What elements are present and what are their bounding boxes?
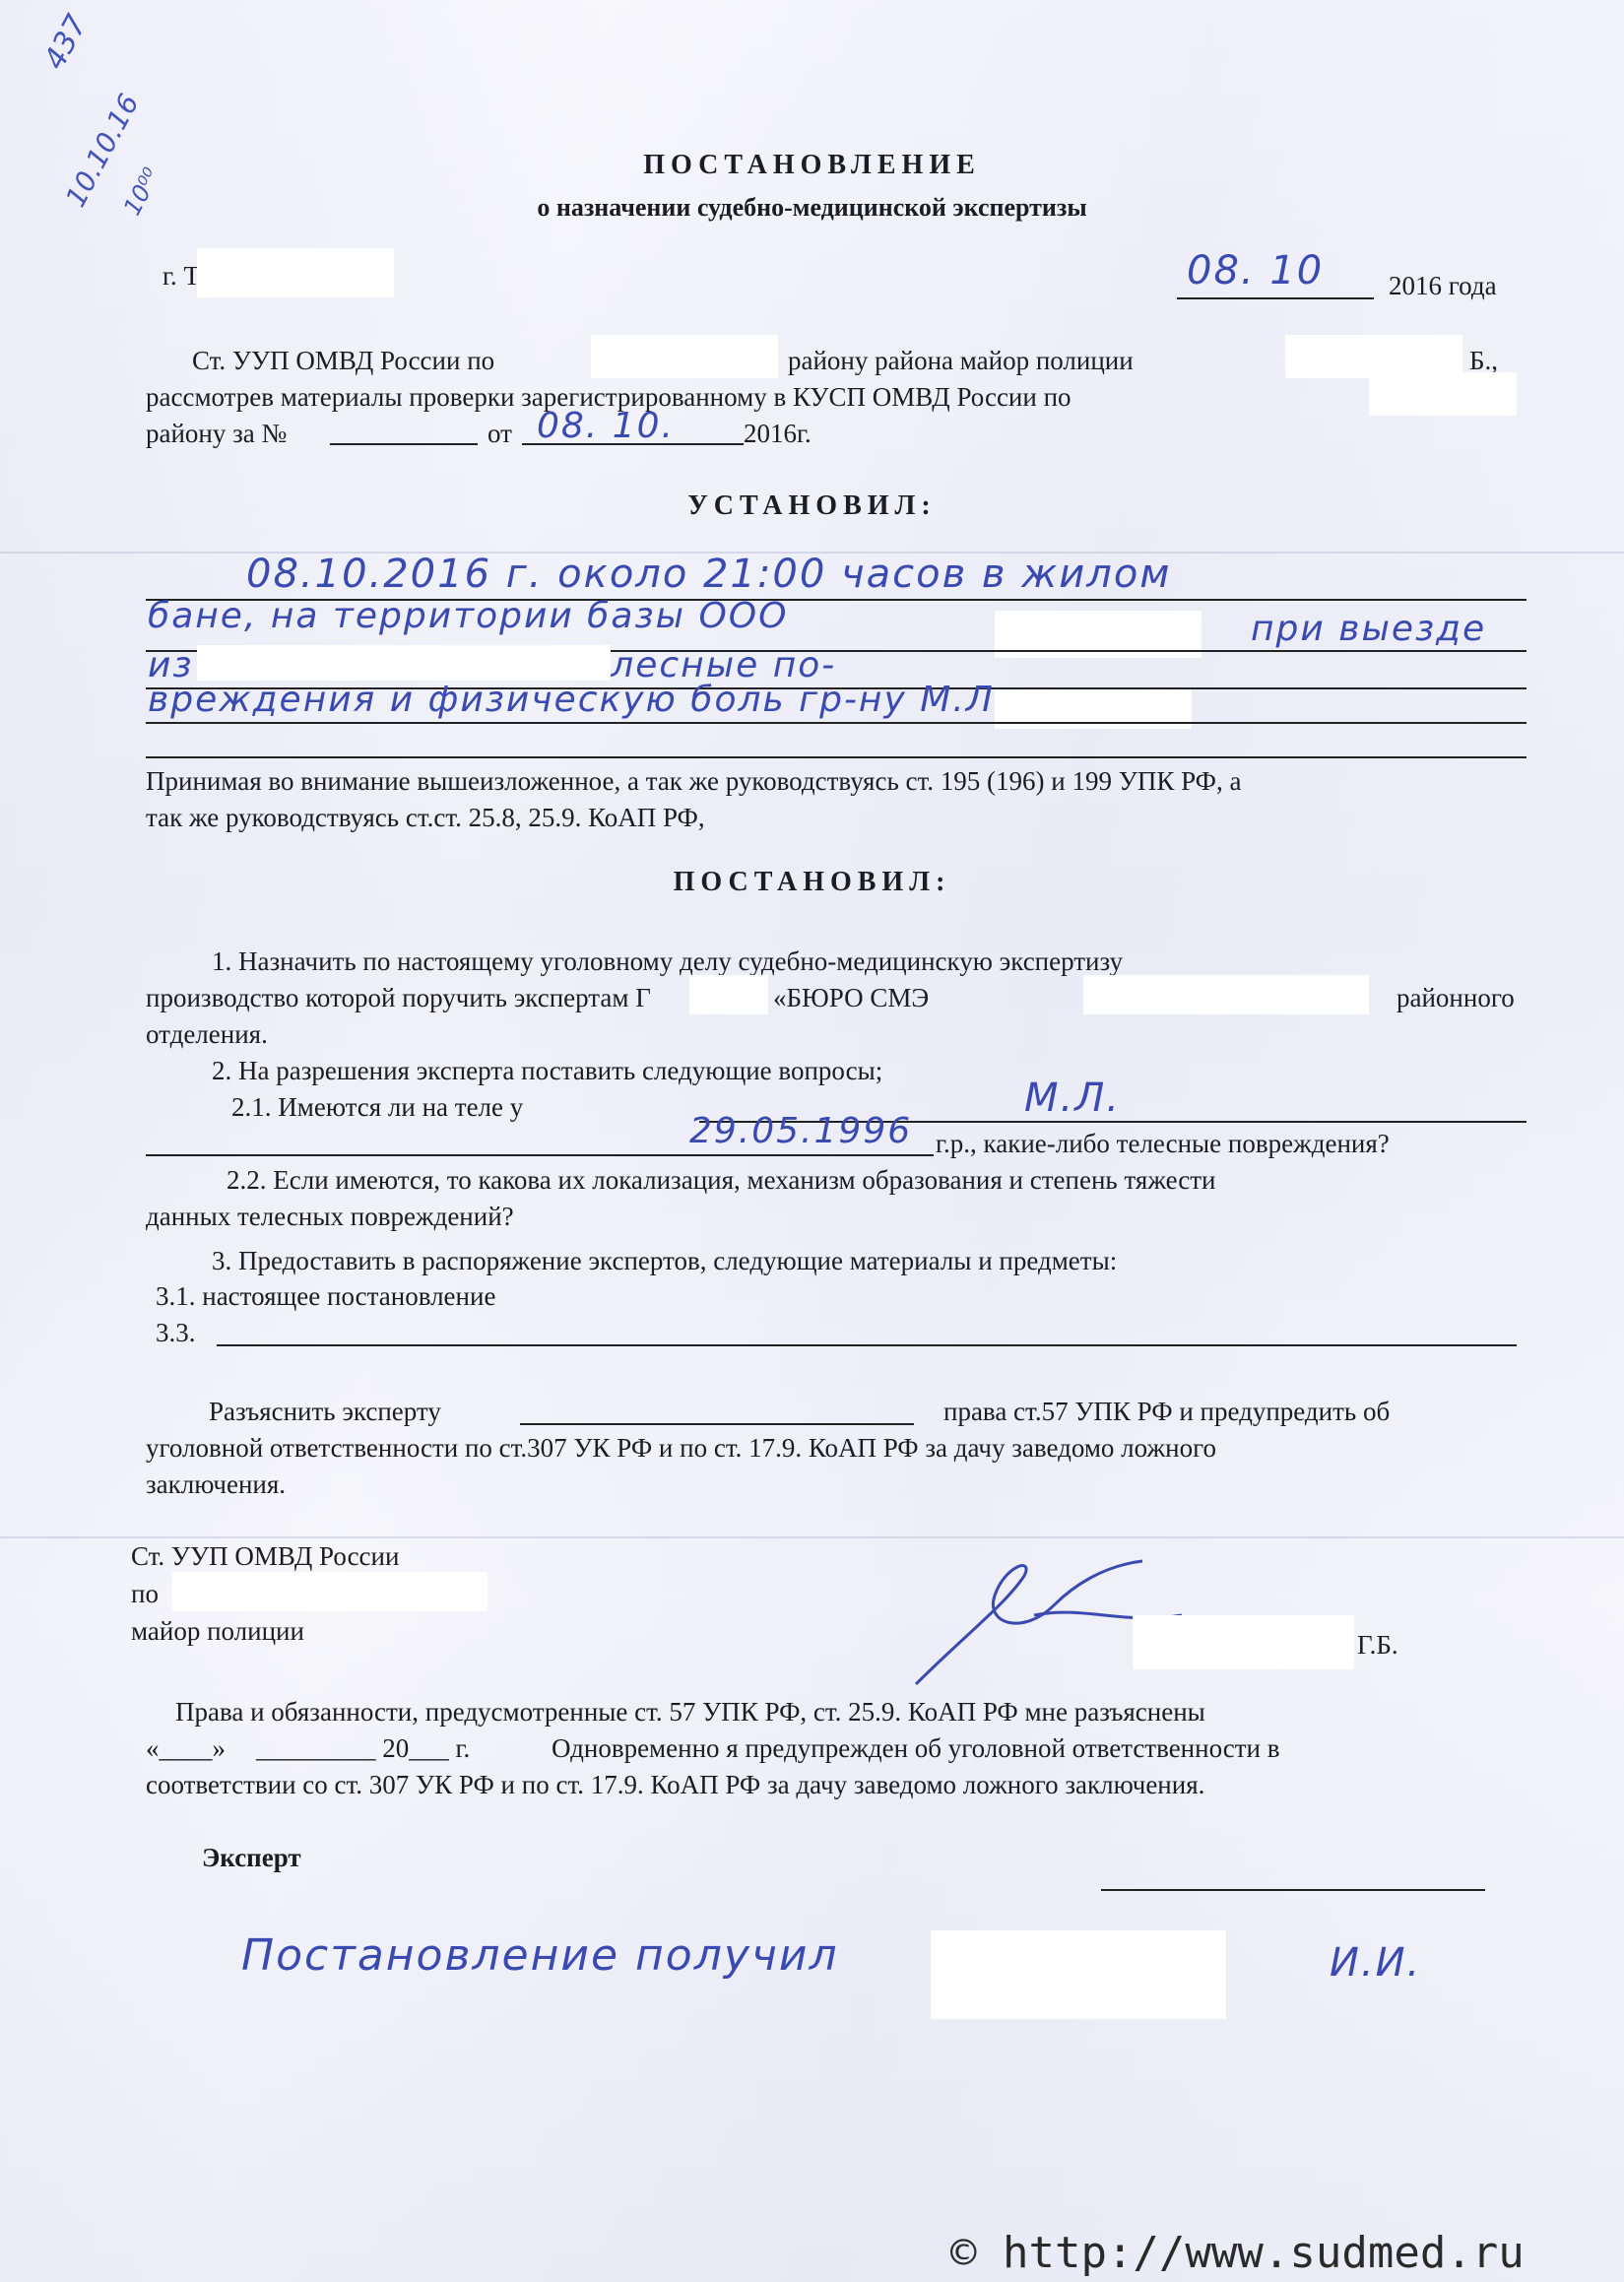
- redaction: [197, 248, 394, 297]
- handwritten-received-note: Постановление получил: [241, 1930, 839, 1981]
- intro-line1-b: району района майор полиции: [788, 343, 1134, 378]
- basis-line-1: Принимая во внимание вышеизложенное, а т…: [146, 763, 1241, 799]
- handwritten-dob: 29.05.1996: [689, 1111, 912, 1151]
- explain-line1-a: Разъяснить эксперту: [209, 1394, 441, 1429]
- established-heading: УСТАНОВИЛ:: [0, 490, 1624, 522]
- expert-label: Эксперт: [202, 1840, 301, 1875]
- handwritten-line-1: 08.10.2016 г. около 21:00 часов в жилом: [246, 552, 1171, 597]
- intro-line3-a: району за №: [146, 416, 287, 451]
- date-underline: [1177, 297, 1374, 299]
- writing-line: [217, 1344, 1517, 1346]
- item1-line2-a: производство которой поручить экспертам …: [146, 980, 651, 1015]
- item3-1: 3.1. настоящее постановление: [156, 1278, 495, 1314]
- handwritten-line-4: вреждения и физическую боль гр-ну М.Л.: [148, 680, 1007, 720]
- date-underline: [522, 443, 744, 445]
- intro-line3-b: от: [487, 416, 512, 451]
- city-label: г. Т: [162, 258, 200, 293]
- redaction: [1369, 372, 1517, 416]
- document-subtitle: о назначении судебно-медицинской эксперт…: [0, 193, 1624, 223]
- handwritten-registration-date: 08. 10.: [537, 406, 675, 446]
- intro-line1-a: Ст. УУП ОМВД России по: [192, 343, 494, 378]
- explain-line3: заключения.: [146, 1467, 286, 1502]
- signer-position-line1: Ст. УУП ОМВД России: [131, 1538, 399, 1574]
- rights-line2-c: Одновременно я предупрежден об уголовной…: [552, 1730, 1279, 1766]
- rights-line2-a: «____»: [146, 1730, 226, 1766]
- signer-position-line2: по: [131, 1576, 159, 1611]
- redaction: [591, 335, 778, 378]
- redaction: [1133, 1615, 1354, 1669]
- redaction: [689, 975, 768, 1014]
- item3: 3. Предоставить в распоряжение экспертов…: [212, 1243, 1117, 1278]
- item1-line1: 1. Назначить по настоящему уголовному де…: [212, 944, 1123, 979]
- registration-number-blank: [330, 443, 478, 445]
- item2-2-line2: данных телесных повреждений?: [146, 1199, 514, 1234]
- redaction: [1083, 975, 1369, 1014]
- writing-line: [146, 756, 1527, 758]
- document-title: ПОСТАНОВЛЕНИЕ: [0, 150, 1624, 181]
- handwritten-date: 08. 10: [1187, 248, 1324, 293]
- item2-2-line1: 2.2. Если имеются, то какова их локализа…: [227, 1162, 1216, 1198]
- item3-3: 3.3.: [156, 1315, 196, 1350]
- rights-line2-b: _________ 20___ г.: [256, 1730, 470, 1766]
- item2-1-label: 2.1. Имеются ли на теле у: [231, 1089, 523, 1125]
- signer-position-line3: майор полиции: [131, 1613, 304, 1649]
- handwritten-line-2-right: при выезде: [1251, 609, 1486, 649]
- item1-line3: отделения.: [146, 1016, 268, 1052]
- intro-line3-c: 2016г.: [744, 416, 812, 451]
- resolved-heading: ПОСТАНОВИЛ:: [0, 867, 1624, 898]
- redaction: [931, 1930, 1226, 2019]
- handwritten-expert-initials: И.И.: [1330, 1940, 1421, 1986]
- item2-1-tail: г.р., какие-либо телесные повреждения?: [936, 1126, 1390, 1161]
- item2: 2. На разрешения эксперта поставить след…: [212, 1053, 882, 1088]
- writing-line: [146, 1154, 934, 1156]
- redaction: [172, 1572, 487, 1611]
- explain-line1-b: права ст.57 УПК РФ и предупредить об: [943, 1394, 1390, 1429]
- signer-initials: Г.Б.: [1357, 1627, 1398, 1663]
- expert-name-blank: [520, 1423, 914, 1425]
- redaction: [197, 645, 611, 681]
- writing-line: [146, 722, 1527, 724]
- expert-signature-blank: [1101, 1889, 1485, 1891]
- handwritten-line-2: бане, на территории базы ООО: [148, 596, 788, 636]
- handwritten-person-initials: М.Л.: [1024, 1076, 1121, 1121]
- basis-line-2: так же руководствуясь ст.ст. 25.8, 25.9.…: [146, 800, 705, 835]
- year-label: 2016 года: [1389, 268, 1497, 303]
- watermark-text: © http://www.sudmed.ru: [950, 2228, 1525, 2278]
- explain-line2: уголовной ответственности по ст.307 УК Р…: [146, 1430, 1216, 1466]
- rights-line3: соответствии со ст. 307 УК РФ и по ст. 1…: [146, 1767, 1204, 1802]
- rights-line1: Права и обязанности, предусмотренные ст.…: [175, 1694, 1205, 1729]
- item1-line2-c: районного: [1397, 980, 1515, 1015]
- item1-line2-b: «БЮРО СМЭ: [773, 980, 929, 1015]
